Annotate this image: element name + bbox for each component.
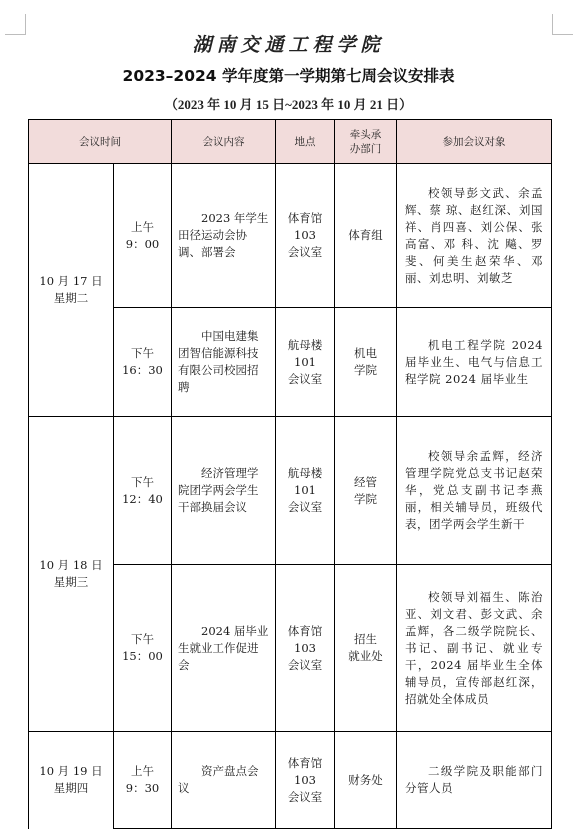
period-text: 上午 xyxy=(114,219,171,236)
weekday-text: 星期二 xyxy=(29,290,113,307)
location-line1: 体育馆 xyxy=(276,755,334,772)
location-line1: 体育馆 xyxy=(276,623,334,640)
dept-line2: 学院 xyxy=(335,491,396,508)
date-cell: 10 月 18 日 星期三 xyxy=(29,417,114,732)
dept-cell: 财务处 xyxy=(335,732,397,829)
location-line1: 航母楼 xyxy=(276,337,334,354)
time-text: 9：00 xyxy=(114,236,171,253)
attendees-cell: 二级学院及职能部门分管人员 xyxy=(397,732,552,829)
location-line2: 103 xyxy=(276,227,334,244)
weekday-text: 星期四 xyxy=(29,780,113,797)
content-cell: 中国电建集团智信能源科技有限公司校园招聘 xyxy=(172,308,276,417)
content-cell: 2024 届毕业生就业工作促进会 xyxy=(172,565,276,732)
period-text: 上午 xyxy=(114,763,171,780)
attendees-cell: 校领导刘福生、陈治亚、刘文君、彭文武、余孟辉，各二级学院院长、书记、副书记、就业… xyxy=(397,565,552,732)
time-text: 15：00 xyxy=(114,648,171,665)
location-line3: 会议室 xyxy=(276,371,334,388)
table-header-row: 会议时间 会议内容 地点 牵头承 办部门 参加会议对象 xyxy=(29,120,552,164)
time-cell: 上午 9：30 xyxy=(114,732,172,829)
location-cell: 体育馆 103 会议室 xyxy=(276,164,335,308)
dept-line1: 经管 xyxy=(335,474,396,491)
attendees-cell: 校领导余孟辉，经济管理学院党总支书记赵荣华，党总支副书记李燕丽，相关辅导员，班级… xyxy=(397,417,552,565)
location-line1: 航母楼 xyxy=(276,465,334,482)
date-text: 10 月 18 日 xyxy=(29,557,113,574)
header-host-dept-line1: 牵头承 xyxy=(335,128,396,142)
content-cell: 经济管理学院团学两会学生干部换届会议 xyxy=(172,417,276,565)
content-cell: 资产盘点会议 xyxy=(172,732,276,829)
date-range: （2023 年 10 月 15 日~2023 年 10 月 21 日） xyxy=(0,94,577,113)
date-cell: 10 月 19 日 星期四 xyxy=(29,732,114,829)
weekday-text: 星期三 xyxy=(29,574,113,591)
header-location: 地点 xyxy=(276,120,335,164)
dept-line1: 机电 xyxy=(335,345,396,362)
date-cell: 10 月 17 日 星期二 xyxy=(29,164,114,417)
table-row: 10 月 19 日 星期四 上午 9：30 资产盘点会议 体育馆 103 会议室… xyxy=(29,732,552,829)
dept-line1: 财务处 xyxy=(335,772,396,789)
location-line3: 会议室 xyxy=(276,657,334,674)
location-line3: 会议室 xyxy=(276,499,334,516)
dept-line2: 就业处 xyxy=(335,648,396,665)
time-text: 9：30 xyxy=(114,780,171,797)
dept-line2: 学院 xyxy=(335,362,396,379)
location-cell: 航母楼 101 会议室 xyxy=(276,417,335,565)
header-attendees: 参加会议对象 xyxy=(397,120,552,164)
period-text: 下午 xyxy=(114,631,171,648)
school-name: 湖南交通工程学院 xyxy=(0,30,577,57)
time-text: 12：40 xyxy=(114,491,171,508)
header-host-dept-line2: 办部门 xyxy=(335,142,396,156)
page-title: 2023–2024 学年度第一学期第七周会议安排表 xyxy=(0,64,577,86)
dept-line1: 招生 xyxy=(335,631,396,648)
period-text: 下午 xyxy=(114,474,171,491)
dept-line1: 体育组 xyxy=(335,227,396,244)
location-cell: 航母楼 101 会议室 xyxy=(276,308,335,417)
meeting-schedule-table: 会议时间 会议内容 地点 牵头承 办部门 参加会议对象 10 月 17 日 星期… xyxy=(28,119,552,829)
header-time: 会议时间 xyxy=(29,120,172,164)
dept-cell: 体育组 xyxy=(335,164,397,308)
date-text: 10 月 17 日 xyxy=(29,273,113,290)
date-text: 10 月 19 日 xyxy=(29,763,113,780)
table-row: 10 月 17 日 星期二 上午 9：00 2023 年学生田径运动会协调、部署… xyxy=(29,164,552,308)
location-line2: 103 xyxy=(276,772,334,789)
dept-cell: 招生 就业处 xyxy=(335,565,397,732)
table-row: 10 月 18 日 星期三 下午 12：40 经济管理学院团学两会学生干部换届会… xyxy=(29,417,552,565)
location-line1: 体育馆 xyxy=(276,210,334,227)
time-cell: 下午 16：30 xyxy=(114,308,172,417)
location-cell: 体育馆 103 会议室 xyxy=(276,732,335,829)
location-line2: 101 xyxy=(276,354,334,371)
location-line2: 103 xyxy=(276,640,334,657)
location-line2: 101 xyxy=(276,482,334,499)
header-content: 会议内容 xyxy=(172,120,276,164)
attendees-cell: 校领导彭文武、余孟辉、蔡 琼、赵红深、刘国祥、肖四喜、刘公保、张高富、邓 科、沈… xyxy=(397,164,552,308)
time-cell: 下午 15：00 xyxy=(114,565,172,732)
time-cell: 下午 12：40 xyxy=(114,417,172,565)
location-cell: 体育馆 103 会议室 xyxy=(276,565,335,732)
location-line3: 会议室 xyxy=(276,244,334,261)
header-host-dept: 牵头承 办部门 xyxy=(335,120,397,164)
content-cell: 2023 年学生田径运动会协调、部署会 xyxy=(172,164,276,308)
dept-cell: 经管 学院 xyxy=(335,417,397,565)
attendees-cell: 机电工程学院 2024 届毕业生、电气与信息工程学院 2024 届毕业生 xyxy=(397,308,552,417)
period-text: 下午 xyxy=(114,345,171,362)
location-line3: 会议室 xyxy=(276,789,334,806)
dept-cell: 机电 学院 xyxy=(335,308,397,417)
time-text: 16：30 xyxy=(114,362,171,379)
time-cell: 上午 9：00 xyxy=(114,164,172,308)
